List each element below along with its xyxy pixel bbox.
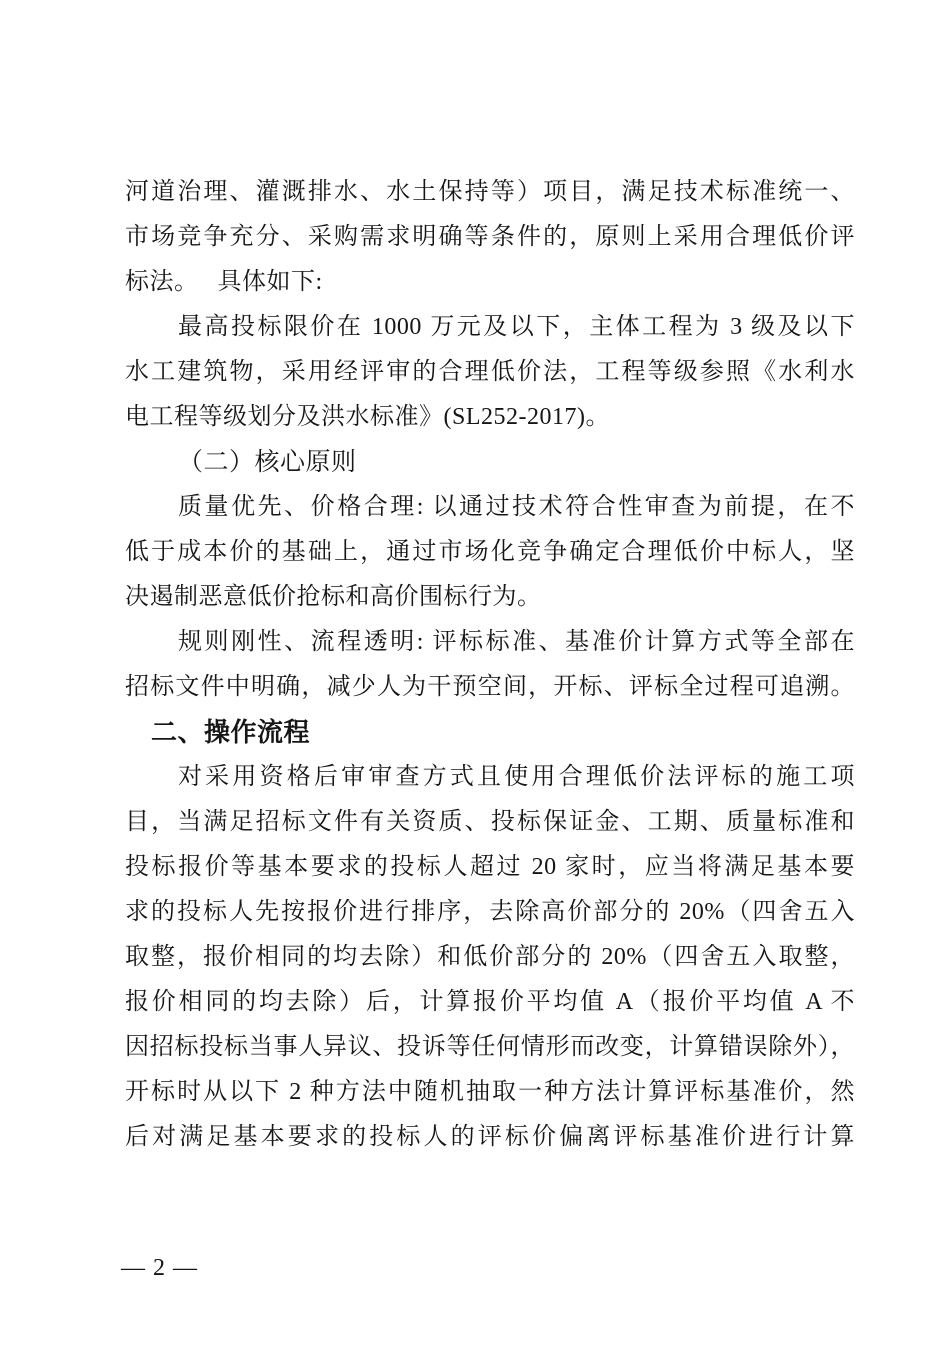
document-body: 河道治理、灌溉排水、水土保持等）项目，满足技术标准统一、市场竞争充分、采购需求明… bbox=[125, 170, 855, 1160]
text-line: 招标文件中明确，减少人为干预空间，开标、评标全过程可追溯。 bbox=[125, 665, 855, 710]
text-line: 质量优先、价格合理: 以通过技术符合性审查为前提，在不 bbox=[125, 485, 855, 530]
text-line: 规则刚性、流程透明: 评标标准、基准价计算方式等全部在 bbox=[125, 620, 855, 665]
text-line: 取整，报价相同的均去除）和低价部分的 20%（四舍五入取整， bbox=[125, 935, 855, 980]
text-line: 水工建筑物，采用经评审的合理低价法，工程等级参照《水利水 bbox=[125, 350, 855, 395]
text-line: 电工程等级划分及洪水标准》(SL252-2017)。 bbox=[125, 395, 855, 440]
section-heading: 二、操作流程 bbox=[125, 710, 855, 755]
text-line: 求的投标人先按报价进行排序，去除高价部分的 20%（四舍五入 bbox=[125, 890, 855, 935]
text-line: 后对满足基本要求的投标人的评标价偏离评标基准价进行计算 bbox=[125, 1115, 855, 1160]
text-line: 最高投标限价在 1000 万元及以下，主体工程为 3 级及以下 bbox=[125, 305, 855, 350]
text-line: 目，当满足招标文件有关资质、投标保证金、工期、质量标准和 bbox=[125, 800, 855, 845]
text-line: 市场竞争充分、采购需求明确等条件的，原则上采用合理低价评 bbox=[125, 215, 855, 260]
page-number-footer: — 2 — bbox=[121, 1250, 198, 1286]
text-line: 决遏制恶意低价抢标和高价围标行为。 bbox=[125, 575, 855, 620]
text-line: 报价相同的均去除）后，计算报价平均值 A（报价平均值 A 不 bbox=[125, 980, 855, 1025]
text-line: 投标报价等基本要求的投标人超过 20 家时，应当将满足基本要 bbox=[125, 845, 855, 890]
text-line: 因招标投标当事人异议、投诉等任何情形而改变，计算错误除外）， bbox=[125, 1025, 855, 1070]
text-line: 开标时从以下 2 种方法中随机抽取一种方法计算评标基准价，然 bbox=[125, 1070, 855, 1115]
subsection-heading: （二）核心原则 bbox=[125, 440, 855, 485]
text-line: 对采用资格后审审查方式且使用合理低价法评标的施工项 bbox=[125, 755, 855, 800]
text-line: 低于成本价的基础上，通过市场化竞争确定合理低价中标人，坚 bbox=[125, 530, 855, 575]
text-line: 标法。 具体如下: bbox=[125, 260, 855, 305]
text-line: 河道治理、灌溉排水、水土保持等）项目，满足技术标准统一、 bbox=[125, 170, 855, 215]
document-page: 河道治理、灌溉排水、水土保持等）项目，满足技术标准统一、市场竞争充分、采购需求明… bbox=[0, 0, 950, 1351]
